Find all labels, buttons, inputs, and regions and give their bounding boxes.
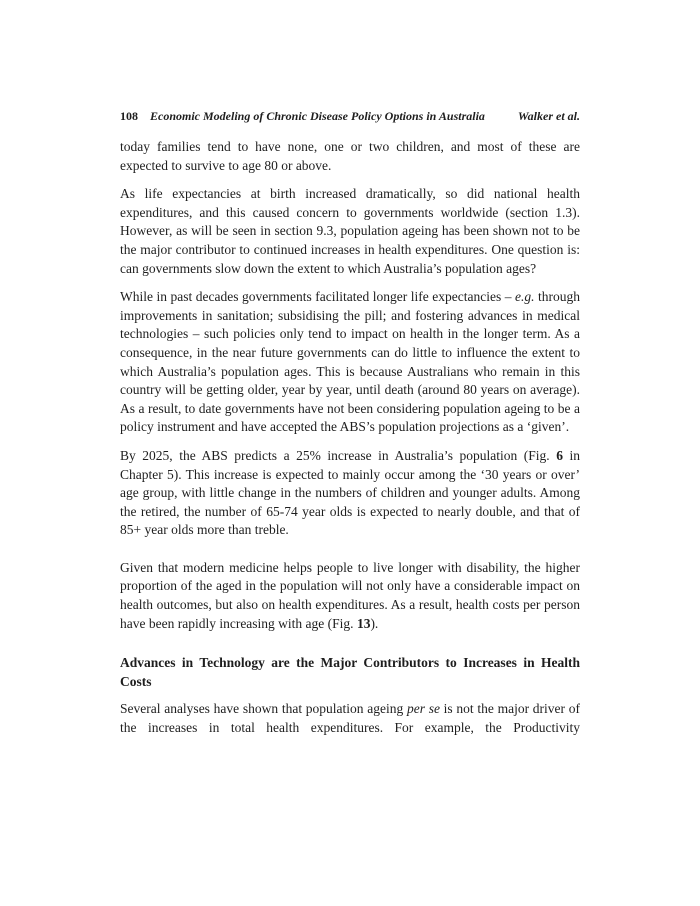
paragraph-continuation: today families tend to have none, one or… xyxy=(120,138,580,175)
page-body: today families tend to have none, one or… xyxy=(120,138,580,738)
page-header: 108 Economic Modeling of Chronic Disease… xyxy=(120,109,580,123)
section-heading: Advances in Technology are the Major Con… xyxy=(120,654,580,691)
paragraph: As life expectancies at birth increased … xyxy=(120,185,580,278)
header-authors: Walker et al. xyxy=(518,109,580,123)
paragraph-incomplete: Several analyses have shown that populat… xyxy=(120,700,580,737)
paragraph: By 2025, the ABS predicts a 25% increase… xyxy=(120,447,580,540)
document-page: 108 Economic Modeling of Chronic Disease… xyxy=(0,0,700,906)
header-left: 108 Economic Modeling of Chronic Disease… xyxy=(120,109,485,123)
page-number: 108 xyxy=(120,109,138,123)
paragraph: Given that modern medicine helps people … xyxy=(120,559,580,633)
paragraph: While in past decades governments facili… xyxy=(120,288,580,437)
running-title: Economic Modeling of Chronic Disease Pol… xyxy=(150,109,485,123)
